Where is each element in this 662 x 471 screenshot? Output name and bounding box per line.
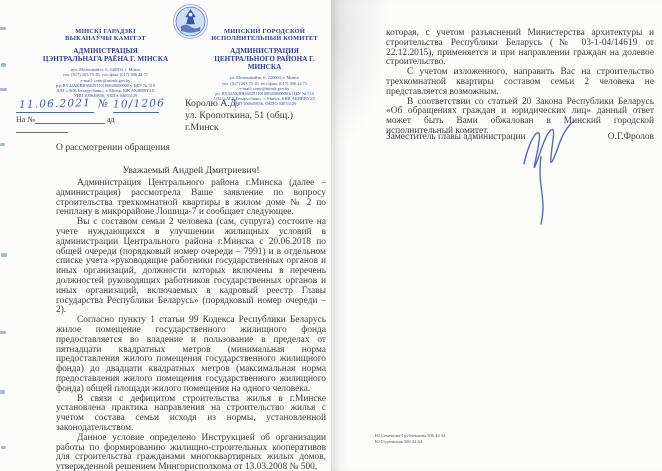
scan-artifact [0, 143, 5, 146]
scan-artifact [1, 63, 6, 67]
body-paragraph: которая, с учетом разъяснений Министерст… [386, 29, 654, 68]
incoming-ref-line: На № ад [16, 115, 166, 133]
addressee-city: г.Минск [185, 122, 293, 134]
reg-date-handwritten: 11.06.2021 [19, 97, 91, 111]
addressee-name: Королю А.Д. [185, 98, 293, 110]
letterhead-belarusian: МІНСКІ ГАРАДЗКІ ВЫКАНАЎЧЫ КАМІТЭТ АДМІНІ… [28, 28, 183, 98]
admin-name-by-line1: АДМІНІСТРАЦЫЯ [28, 47, 183, 55]
body-paragraph: Согласно пункту 1 статьи 99 Кодекса Респ… [56, 316, 326, 394]
signature-title: Заместитель главы администрации [386, 132, 525, 142]
scan-artifact [0, 390, 5, 394]
signature-name: О.Г.Фролов [608, 132, 654, 142]
org-name-by-line2: ВЫКАНАЎЧЫ КАМІТЭТ [28, 35, 183, 42]
scanned-letter: МІНСКІ ГАРАДЗКІ ВЫКАНАЎЧЫ КАМІТЭТ АДМІНІ… [0, 0, 662, 471]
addressee-block: Королю А.Д. ул. Кропоткина, 51 (общ.) г.… [185, 98, 293, 134]
number-sign: № [98, 98, 109, 110]
letter-page-2: которая, с учетом разъяснений Министерст… [331, 0, 662, 471]
admin-name-by-line2: ЦЭНТРАЛЬНАГА РАЁНА Г. МІНСКА [28, 55, 183, 63]
scan-artifact [0, 331, 6, 334]
signature-autograph-icon [516, 112, 578, 230]
scan-artifact [0, 27, 6, 30]
subject-line: О рассмотрении обращения [56, 142, 170, 153]
registration-line: 11.06.2021 № 10/1206 На № ад [16, 94, 166, 133]
body-paragraph: Данное условие определено Инструкцией об… [56, 434, 326, 471]
salutation: Уважаемый Андрей Дмитриевич! [56, 165, 326, 176]
reg-number-handwritten: 10/1206 [113, 97, 165, 110]
admin-name-ru-line2: ЦЕНТРАЛЬНОГО РАЙОНА Г. МИНСКА [198, 55, 331, 71]
scan-artifact [0, 88, 7, 91]
letter-page-1: МІНСКІ ГАРАДЗКІ ВЫКАНАЎЧЫ КАМІТЭТ АДМІНІ… [0, 0, 331, 471]
body-paragraph: С учетом изложенного, направить Вас на с… [386, 68, 654, 97]
executors-block: Ю.Семенова-Трубченкова 306 44 54 Ю.Гадле… [375, 433, 445, 444]
letterhead-russian: МИНСКИЙ ГОРОДСКОЙ ИСПОЛНИТЕЛЬНЫЙ КОМИТЕТ… [198, 28, 331, 107]
scan-artifact [1, 253, 7, 257]
body-paragraph: Вы с составом семьи 2 человека (сам, суп… [56, 218, 326, 316]
admin-name-ru-line1: АДМИНИСТРАЦИЯ [198, 47, 331, 55]
page1-body: Администрация Центрального района г.Минс… [56, 179, 326, 471]
executor-line: Ю.Семенова-Трубченкова 306 44 54 [375, 433, 445, 439]
org-name-ru-line2: ИСПОЛНИТЕЛЬНЫЙ КОМИТЕТ [198, 35, 331, 42]
scan-artifact [1, 446, 6, 449]
executor-line: Ю.Гадлевская 306 44 64 [375, 439, 445, 445]
body-paragraph: В связи с дефицитом строительства жилья … [56, 395, 326, 434]
body-paragraph: Администрация Центрального района г.Минс… [56, 179, 326, 218]
addressee-street: ул. Кропоткина, 51 (общ.) [185, 110, 293, 122]
